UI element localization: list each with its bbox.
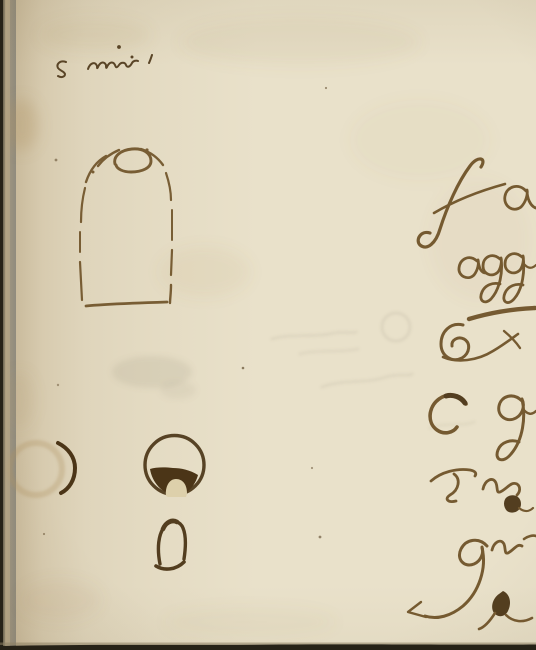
stain — [6, 372, 34, 428]
dome-right — [171, 250, 172, 275]
manuscript-page — [0, 0, 536, 650]
stain — [6, 99, 38, 151]
stain — [20, 580, 100, 620]
speck — [311, 467, 313, 469]
speck — [43, 533, 45, 535]
bottom-shadow-band — [0, 644, 536, 650]
note-dot — [131, 56, 134, 59]
stain — [165, 608, 335, 636]
stain — [40, 19, 150, 51]
left-binding-edge — [0, 0, 4, 650]
speck — [319, 536, 322, 539]
stain — [180, 18, 420, 66]
speck — [55, 159, 58, 162]
manuscript-scan — [0, 0, 536, 650]
stain — [430, 180, 530, 300]
speck — [57, 384, 59, 386]
note-dot — [117, 45, 121, 49]
left-paper-edge — [5, 0, 10, 650]
stroke-blob — [504, 495, 521, 512]
dome-right — [170, 285, 171, 303]
smudge — [160, 381, 196, 399]
dome-dash-dot — [145, 148, 148, 151]
speck — [242, 367, 245, 370]
stain — [160, 247, 250, 297]
speck — [325, 87, 327, 89]
dome-dash-dot — [92, 171, 95, 174]
